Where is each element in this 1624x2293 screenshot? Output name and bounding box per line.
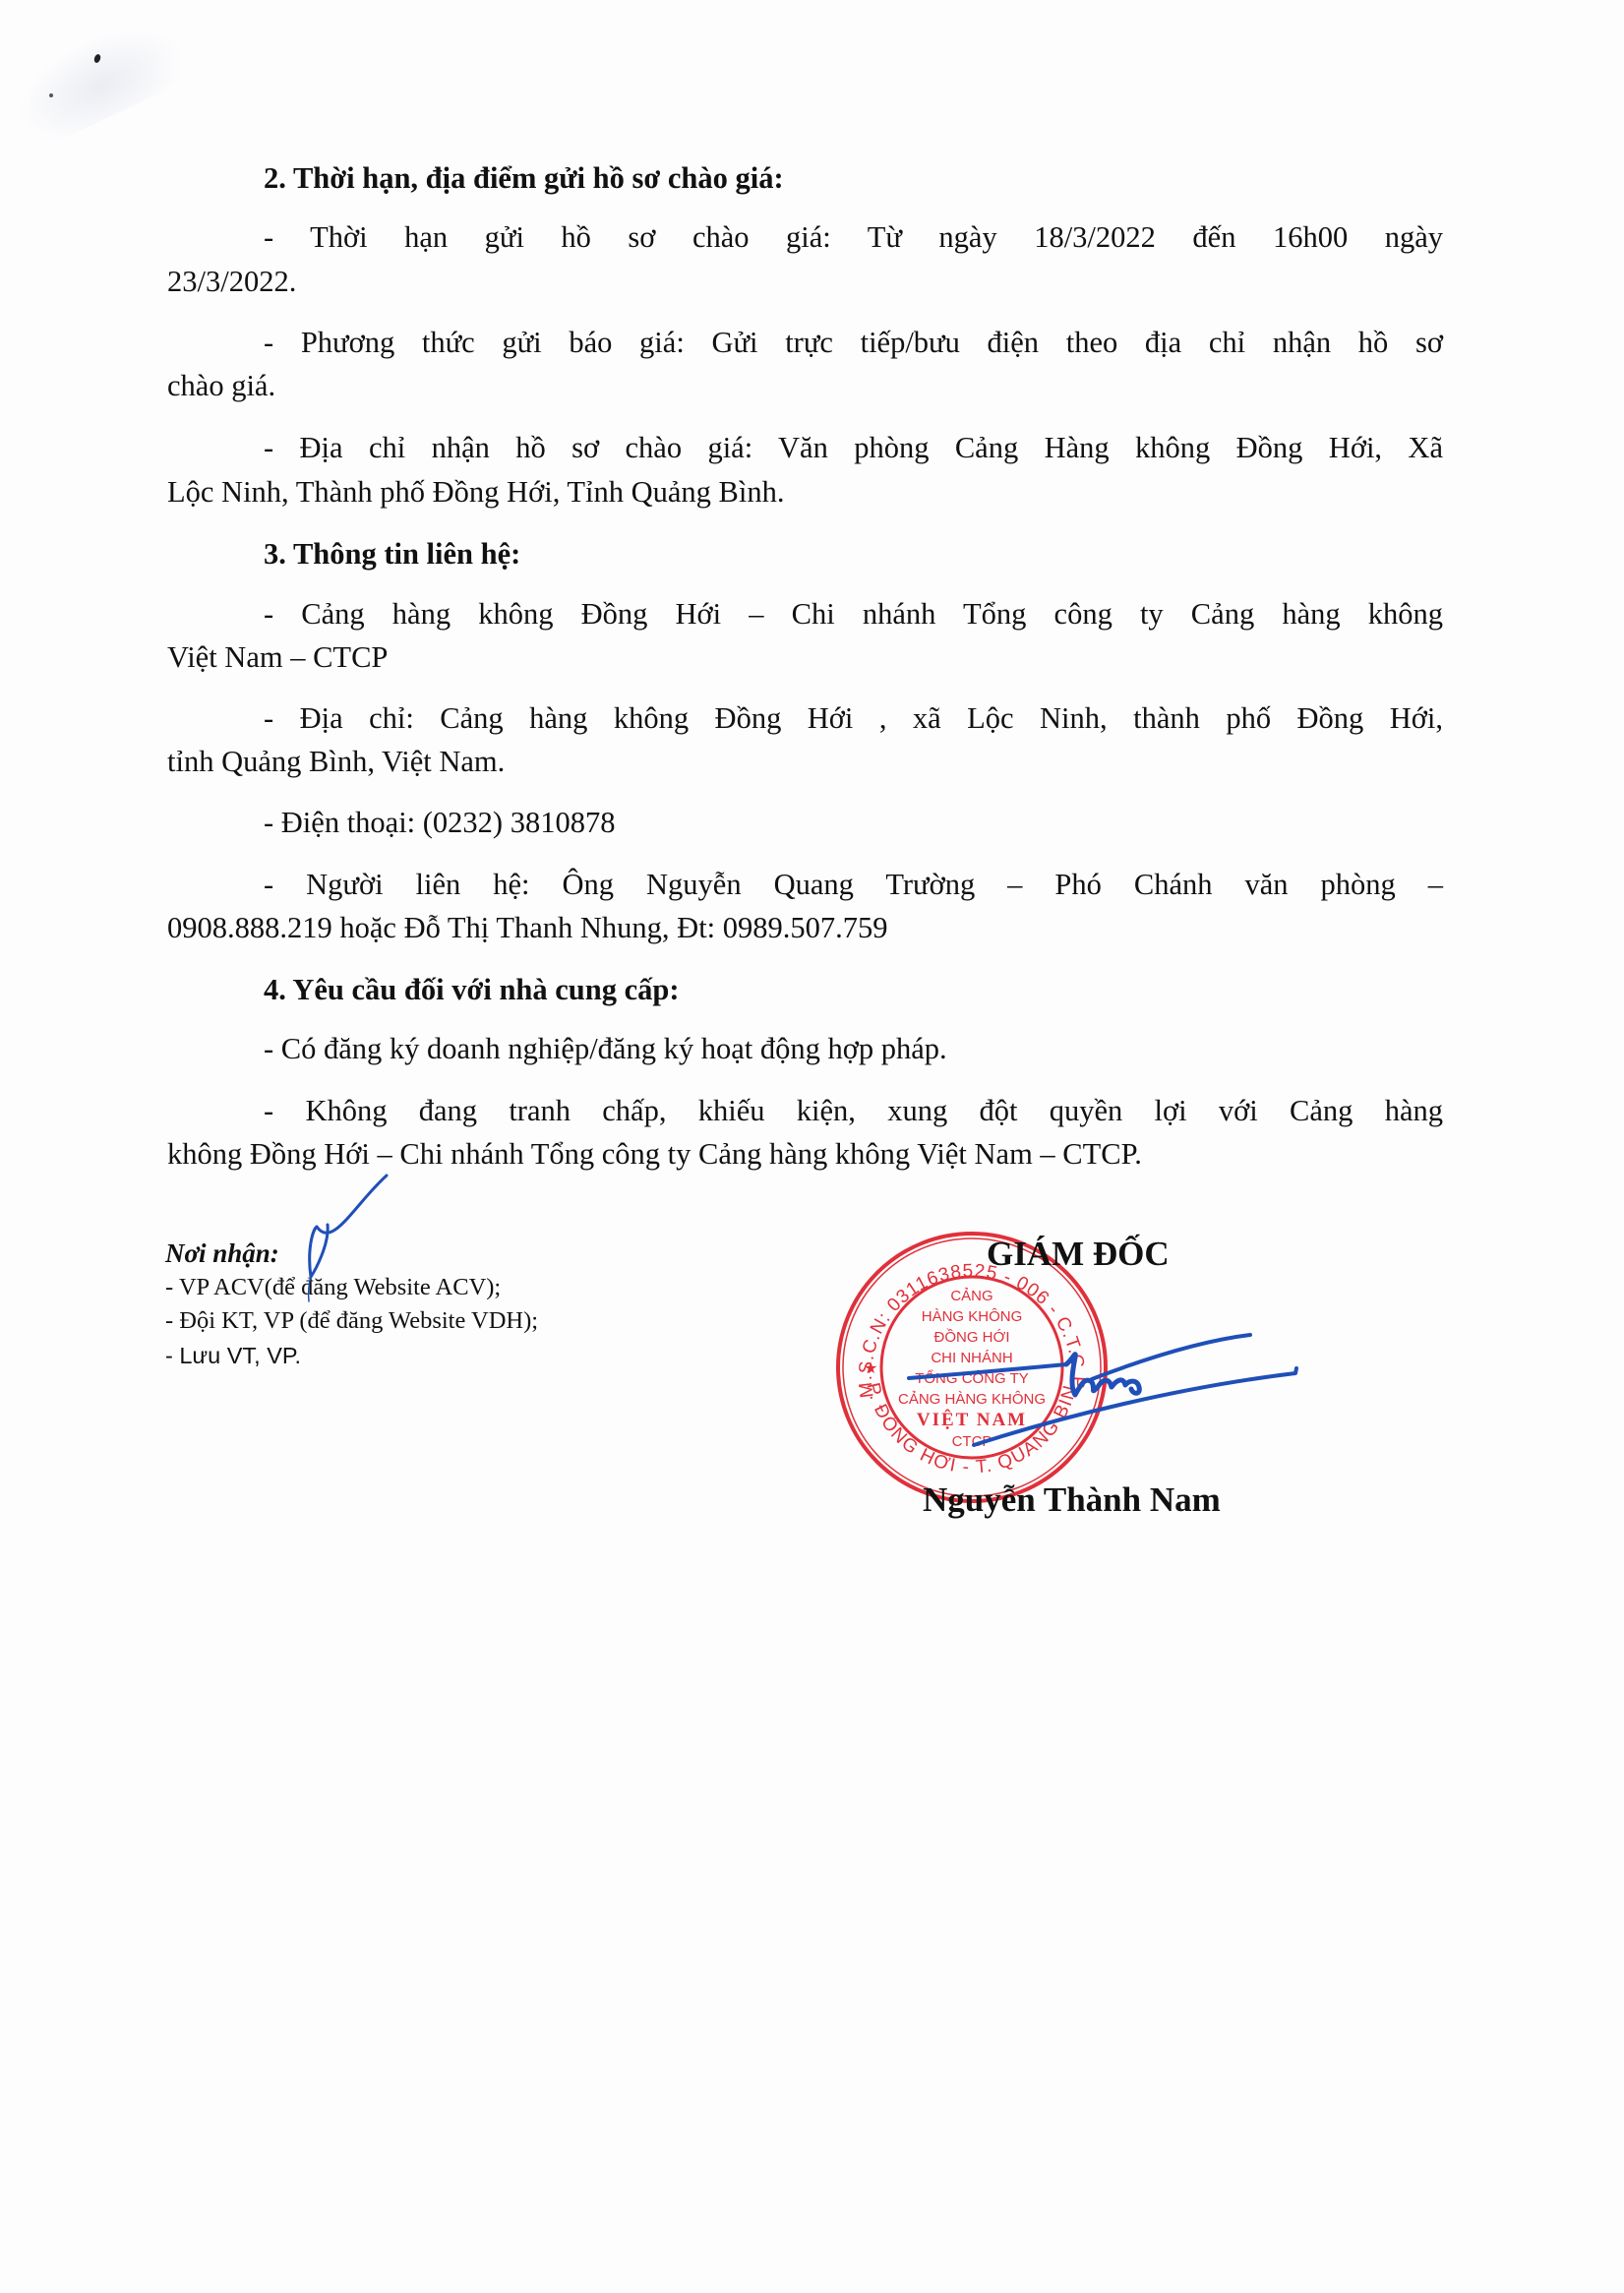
section-3-item-1-line-1: - Cảng hàng không Đồng Hới – Chi nhánh T… <box>264 596 1443 632</box>
stamp-line: CTCP <box>952 1433 992 1450</box>
section-4-item-1-line-1: - Có đăng ký doanh nghiệp/đăng ký hoạt đ… <box>264 1031 947 1066</box>
section-3-item-4-line-2: 0908.888.219 hoặc Đỗ Thị Thanh Nhung, Đt… <box>167 910 888 945</box>
scan-mark <box>49 93 53 97</box>
stamp-line: CẢNG HÀNG KHÔNG <box>898 1391 1046 1408</box>
section-2-item-1-line-1: - Thời hạn gửi hồ sơ chào giá: Từ ngày 1… <box>264 219 1443 255</box>
section-4-item-2-line-1: - Không đang tranh chấp, khiếu kiện, xun… <box>264 1093 1443 1128</box>
stamp-line: ĐỒNG HỚI <box>933 1328 1009 1346</box>
stamp-line: CHI NHÁNH <box>931 1350 1012 1366</box>
stamp-line: HÀNG KHÔNG <box>922 1308 1023 1325</box>
section-2-item-2-line-2: chào giá. <box>167 368 275 403</box>
section-2-item-1-line-2: 23/3/2022. <box>167 264 296 299</box>
section-3-item-1-line-2: Việt Nam – CTCP <box>167 639 388 675</box>
section-4-item-2-line-2: không Đồng Hới – Chi nhánh Tổng công ty … <box>167 1136 1142 1172</box>
stamp-line: TỔNG CÔNG TY <box>915 1369 1029 1387</box>
recipients-title: Nơi nhận: <box>165 1238 279 1269</box>
scan-smudge <box>2 6 196 152</box>
section-3-item-3-line-1: - Điện thoại: (0232) 3810878 <box>264 805 615 840</box>
stamp-line: VIỆT NAM <box>917 1409 1027 1430</box>
section-2-item-3-line-2: Lộc Ninh, Thành phố Đồng Hới, Tỉnh Quảng… <box>167 474 785 510</box>
section-2-heading: 2. Thời hạn, địa điểm gửi hồ sơ chào giá… <box>264 160 784 196</box>
section-3-item-2-line-2: tỉnh Quảng Bình, Việt Nam. <box>167 744 505 779</box>
recipient-item: - VP ACV(để đăng Website ACV); <box>165 1274 501 1301</box>
section-4-heading: 4. Yêu cầu đối với nhà cung cấp: <box>264 972 680 1007</box>
recipient-item: - Đội KT, VP (để đăng Website VDH); <box>165 1307 538 1335</box>
signer-title: GIÁM ĐỐC <box>987 1235 1170 1274</box>
section-3-heading: 3. Thông tin liên hệ: <box>264 536 520 572</box>
section-3-item-2-line-1: - Địa chỉ: Cảng hàng không Đồng Hới , xã… <box>264 700 1443 736</box>
document-page: 2. Thời hạn, địa điểm gửi hồ sơ chào giá… <box>0 0 1624 2293</box>
section-2-item-3-line-1: - Địa chỉ nhận hồ sơ chào giá: Văn phòng… <box>264 430 1443 465</box>
signer-name: Nguyễn Thành Nam <box>923 1480 1221 1520</box>
stamp-line: CẢNG <box>950 1288 992 1304</box>
svg-text:★: ★ <box>864 1358 877 1377</box>
section-2-item-2-line-1: - Phương thức gửi báo giá: Gửi trực tiếp… <box>264 325 1443 360</box>
section-3-item-4-line-1: - Người liên hệ: Ông Nguyễn Quang Trường… <box>264 867 1443 902</box>
recipient-item: - Lưu VT, VP. <box>165 1343 301 1369</box>
